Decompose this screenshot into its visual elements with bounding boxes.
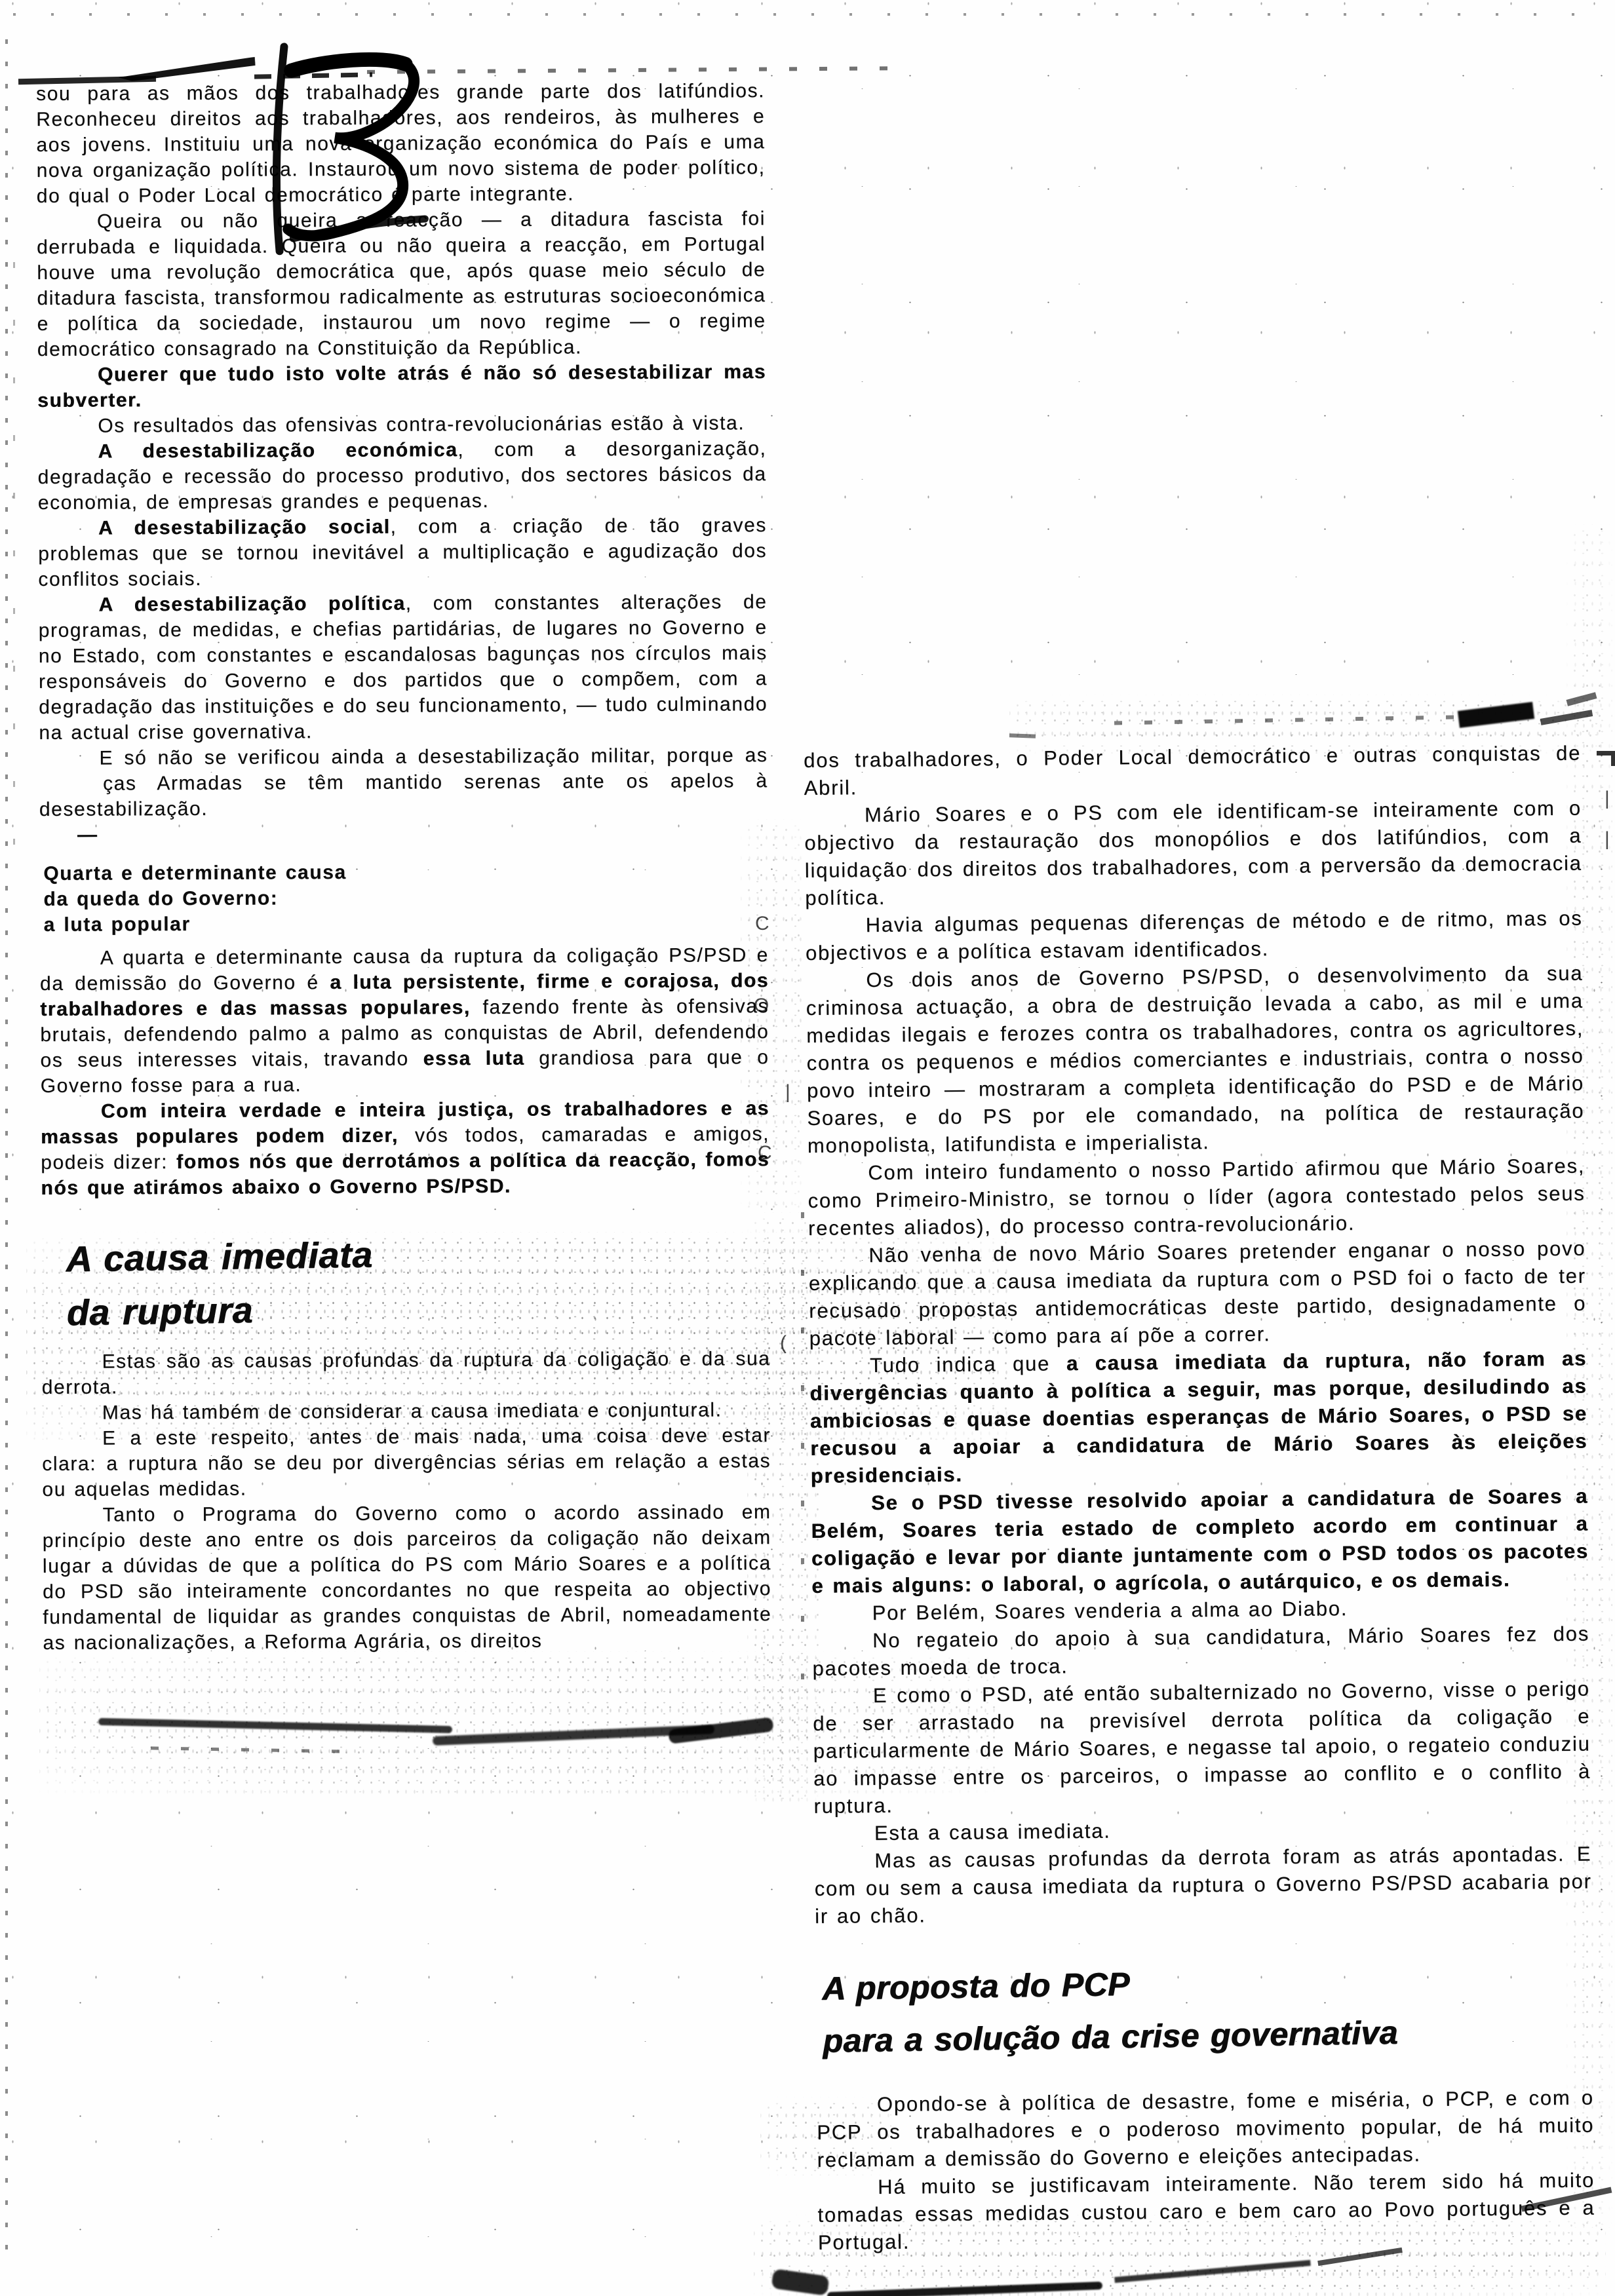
left-text-column: sou para as mãos dos trabalhadores grand… — [36, 78, 771, 1656]
paragraph: E só não se verificou ainda a desestabil… — [39, 742, 768, 822]
paragraph: Com inteiro fundamento o nosso Partido a… — [807, 1153, 1586, 1242]
paragraph: Com inteira verdade e inteira justiça, o… — [41, 1096, 770, 1201]
bold-text-run: essa luta — [423, 1048, 525, 1070]
heading-line: da queda do Governo: — [43, 883, 768, 912]
text-run: Há muito se justificavam inteiramente. N… — [817, 2169, 1595, 2254]
paragraph: A quarta e determinante causa da ruptura… — [40, 942, 769, 1099]
scan-smudge-right-top — [1009, 733, 1036, 738]
text-run: Havia algumas pequenas diferenças de mét… — [806, 907, 1583, 965]
paragraph: Os resultados das ofensivas contra-revol… — [37, 410, 766, 439]
scan-smudge-right-top — [1566, 692, 1597, 706]
scan-edge-dots — [13, 13, 1599, 16]
text-run: Estas são as causas profundas da ruptura… — [42, 1348, 771, 1398]
text-run: Não venha de novo Mário Soares pretender… — [809, 1237, 1587, 1350]
stray-glyph-mark: | — [785, 1082, 790, 1102]
text-run: Esta a causa imediata. — [874, 1820, 1111, 1845]
heading-line: a luta popular — [44, 909, 769, 938]
right-text-column: dos trabalhadores, o Poder Local democrá… — [804, 740, 1595, 2257]
heading-line: A causa imediata — [66, 1222, 770, 1286]
scan-smudge-bottom-left — [151, 1746, 347, 1753]
dash-text: — — [77, 824, 98, 846]
paragraph: E a este respeito, antes de mais nada, u… — [42, 1423, 771, 1502]
paragraph: Mas há também de considerar a causa imed… — [42, 1397, 771, 1426]
scan-margin-dots — [13, 262, 15, 852]
heading-line: Quarta e determinante causa — [43, 858, 768, 887]
bold-text-run: A desestabilização política — [98, 593, 405, 616]
paragraph: A desestabilização social, com a criação… — [38, 512, 768, 592]
paragraph: Tudo indica que a causa imediata da rupt… — [809, 1345, 1588, 1490]
paragraph: Os dois anos de Governo PS/PSD, o desenv… — [806, 960, 1585, 1160]
paragraph: A desestabilização política, com constan… — [38, 589, 768, 746]
scan-margin-dots — [5, 39, 8, 2254]
section-heading: A causa imediatada ruptura — [66, 1222, 771, 1340]
paragraph: dos trabalhadores, o Poder Local democrá… — [804, 740, 1582, 802]
paragraph: Opondo-se à política de desastre, fome e… — [817, 2084, 1595, 2174]
bold-text-run: A desestabilização económica — [98, 439, 457, 462]
text-run: Os dois anos de Governo PS/PSD, o desenv… — [806, 962, 1585, 1157]
paragraph: A desestabilização económica, com a deso… — [37, 436, 767, 516]
heading-line: da ruptura — [66, 1276, 771, 1340]
paragraph: Se o PSD tivesse resolvido apoiar a cand… — [811, 1483, 1589, 1600]
scan-smudge-bottom-left — [98, 1718, 452, 1733]
paragraph: Querer que tudo isto volte atrás é não s… — [37, 359, 766, 413]
gutter-dots — [801, 1212, 804, 1730]
scan-smudge-bottom-left — [433, 1725, 714, 1746]
scan-smudge-bottom — [771, 2268, 829, 2296]
text-run: Tanto o Programa do Governo como o acord… — [43, 1501, 772, 1654]
text-run: Os resultados das ofensivas contra-revol… — [98, 412, 745, 436]
scan-smudge-bottom — [1114, 2260, 1311, 2283]
paragraph: Havia algumas pequenas diferenças de mét… — [805, 905, 1583, 967]
text-run: Por Belém, Soares venderia a alma ao Dia… — [872, 1597, 1348, 1624]
paragraph: Tanto o Programa do Governo como o acord… — [42, 1499, 771, 1656]
paragraph: No regateio do apoio à sua candidatura, … — [812, 1620, 1590, 1683]
scan-smudge-bottom — [827, 2282, 1102, 2296]
text-run: E como o PSD, até então subalternizado n… — [813, 1677, 1591, 1818]
bold-text-run: Querer que tudo isto volte atrás é não s… — [37, 361, 766, 411]
text-run: Tudo indica que — [870, 1352, 1066, 1377]
text-run: E só não se verificou ainda a desestabil… — [39, 744, 768, 820]
stray-dash-mark: — — [39, 819, 768, 848]
text-run: Mário Soares e o PS com ele identificam-… — [804, 797, 1582, 909]
scan-corner-mark — [1597, 751, 1615, 766]
paragraph: Não venha de novo Mário Soares pretender… — [808, 1235, 1587, 1352]
scanned-document-page: 3 sou para as mãos dos trabalhadores gra… — [0, 0, 1615, 2296]
text-run: E a este respeito, antes de mais nada, u… — [42, 1425, 771, 1501]
paragraph: E como o PSD, até então subalternizado n… — [813, 1675, 1591, 1820]
text-run: Opondo-se à política de desastre, fome e… — [817, 2086, 1594, 2172]
paragraph: Mas as causas profundas da derrota foram… — [814, 1841, 1592, 1930]
scan-smudge-right-top — [1458, 702, 1534, 728]
scan-smudge-right-top — [1114, 715, 1455, 725]
section-heading: A proposta do PCPpara a solução da crise… — [821, 1951, 1593, 2067]
stray-glyph-mark: ( — [780, 1333, 787, 1353]
bold-text-run: A desestabilização social — [98, 516, 391, 539]
paragraph: Estas são as causas profundas da ruptura… — [41, 1346, 770, 1400]
heading-line: para a solução da crise governativa — [823, 2003, 1594, 2067]
scan-smudge-right-top — [1540, 710, 1593, 725]
bold-text-run: Se o PSD tivesse resolvido apoiar a cand… — [811, 1485, 1589, 1598]
scan-smudge-bottom-left — [668, 1717, 773, 1744]
section-subheading: Quarta e determinante causada queda do G… — [43, 858, 769, 938]
scan-smudge-top — [367, 66, 905, 74]
text-run: Mas há também de considerar a causa imed… — [102, 1399, 722, 1423]
text-run: Mas as causas profundas da derrota foram… — [815, 1843, 1592, 1928]
handwritten-page-number-mark: 3 — [227, 39, 437, 262]
text-run: Com inteiro fundamento o nosso Partido a… — [807, 1155, 1585, 1240]
paragraph: Mário Soares e o PS com ele identificam-… — [804, 795, 1583, 912]
paragraph: Há muito se justificavam inteiramente. N… — [817, 2167, 1595, 2257]
text-run: No regateio do apoio à sua candidatura, … — [812, 1622, 1589, 1680]
text-run: dos trabalhadores, o Poder Local democrá… — [804, 742, 1581, 799]
stray-glyph-mark: | — [1605, 830, 1610, 849]
stray-glyph-mark: | — [1605, 789, 1610, 809]
